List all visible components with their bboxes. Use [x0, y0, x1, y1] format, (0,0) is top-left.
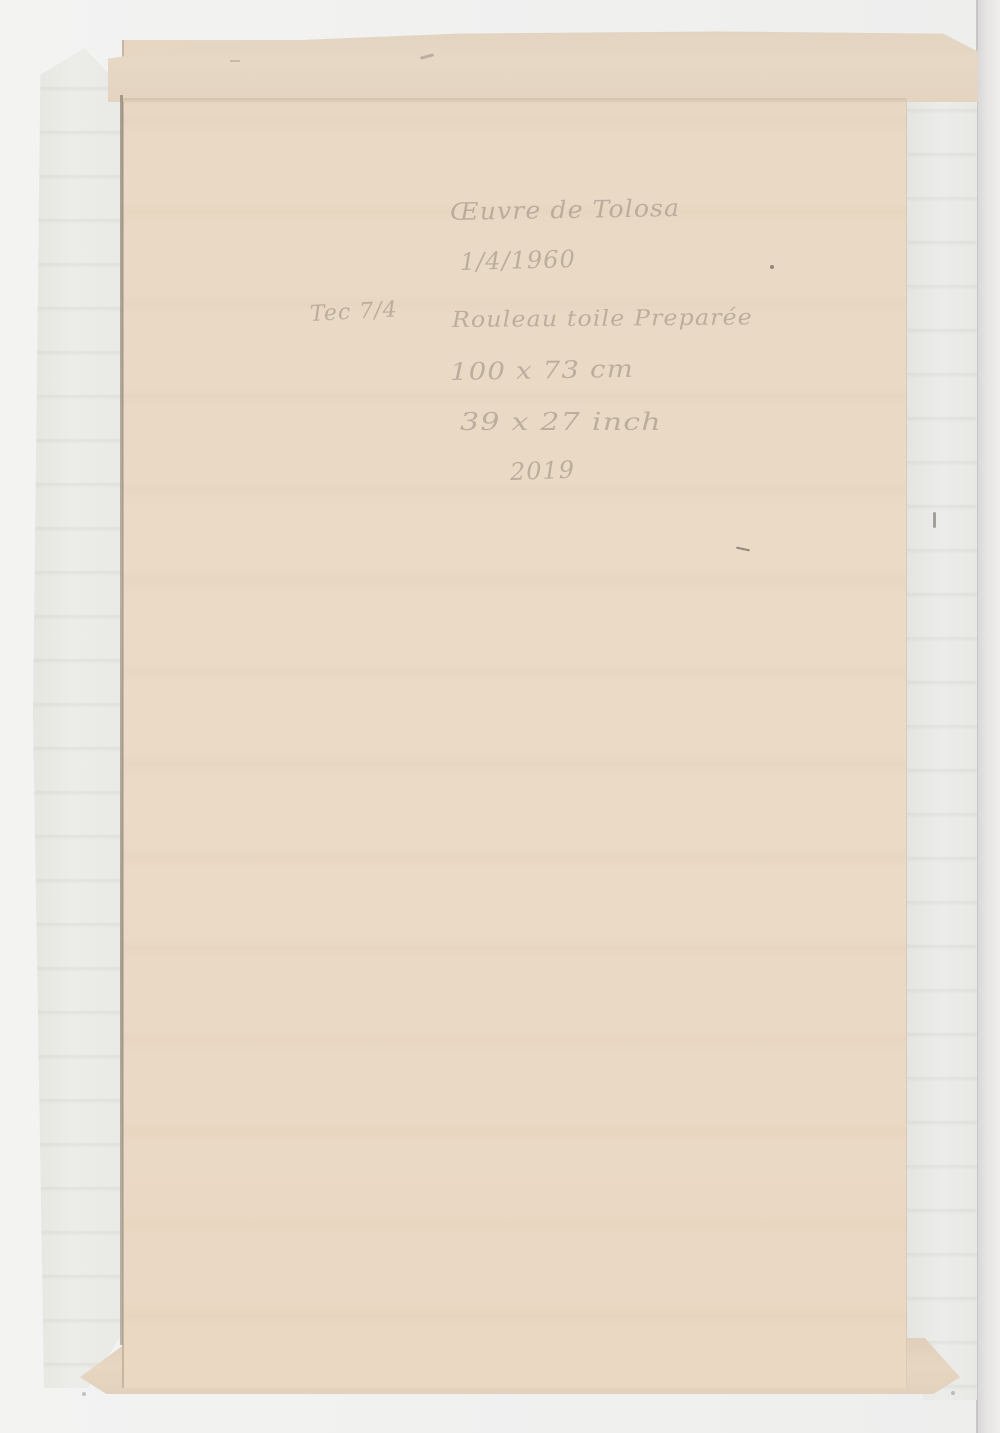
pencil-inscriptions: Œuvre de Tolosa 1/4/1960 Tec 7/4 Rouleau… [300, 190, 820, 500]
speck-mark [951, 1391, 955, 1395]
paper-left-edge [120, 95, 123, 1345]
canvas-turnover-left [33, 48, 125, 1388]
inscription-line-3-left: Tec 7/4 [309, 297, 398, 327]
frame-edge [978, 0, 1000, 1433]
inscription-dimensions-inch: 39 x 27 inch [460, 408, 662, 436]
inscription-year: 2019 [510, 456, 576, 486]
photo-stage: Œuvre de Tolosa 1/4/1960 Tec 7/4 Rouleau… [0, 0, 1000, 1433]
canvas-turnover-right [905, 70, 977, 1400]
speck-mark [230, 60, 240, 62]
inscription-line-2: 1/4/1960 [460, 245, 576, 276]
inscription-dimensions-cm: 100 x 73 cm [450, 355, 634, 386]
speck-mark [933, 512, 936, 528]
speck-mark [82, 1392, 86, 1396]
inscription-line-1: Œuvre de Tolosa [450, 194, 681, 226]
inscription-line-3-right: Rouleau toile Preparée [452, 305, 753, 333]
